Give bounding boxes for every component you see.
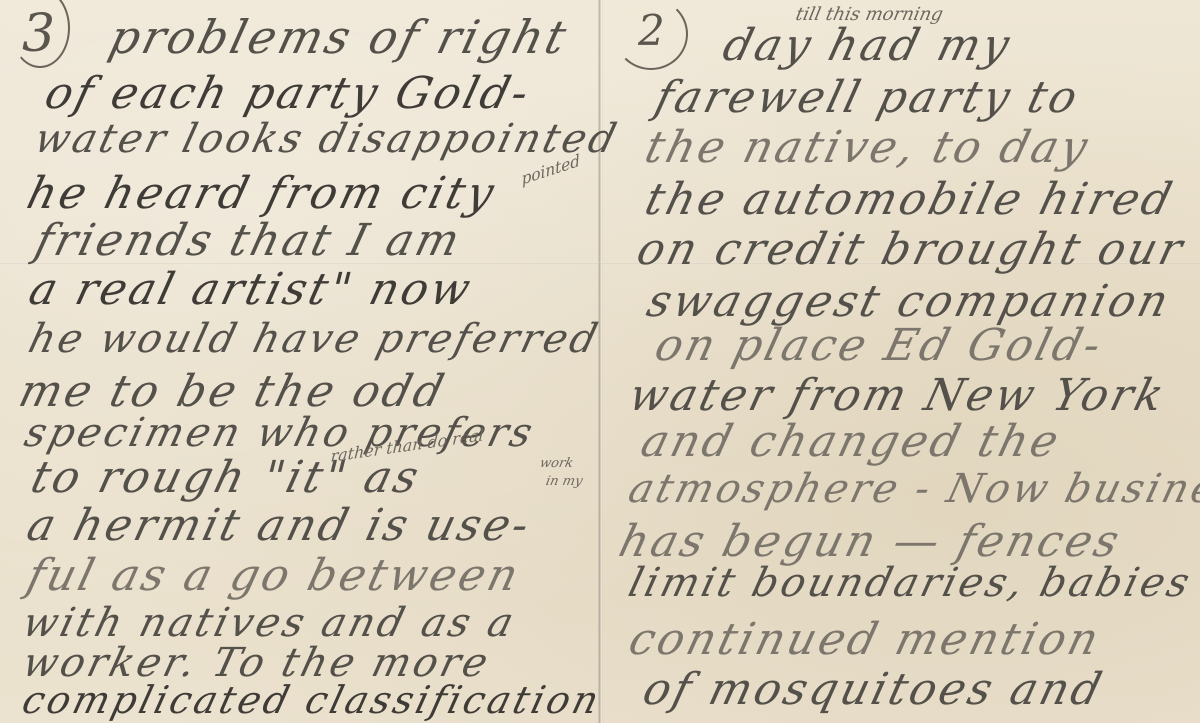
text-line: day had my bbox=[718, 20, 1017, 71]
right-page: 2 till this morning day had my farewell … bbox=[610, 0, 1200, 723]
text-line: atmosphere - Now business bbox=[624, 466, 1200, 512]
text-line: problems of right bbox=[104, 10, 574, 64]
text-line: he heard from city bbox=[22, 168, 502, 219]
text-line: water from New York bbox=[624, 370, 1171, 421]
text-line: the native, to day bbox=[640, 122, 1095, 173]
text-line: of each party Gold- bbox=[40, 68, 536, 119]
text-line: of mosquitoes and bbox=[638, 664, 1109, 715]
text-line: ful as a go between bbox=[22, 550, 526, 601]
vertical-fold bbox=[598, 0, 603, 723]
page-number-left: 3 bbox=[18, 2, 51, 62]
text-line: water looks disappointed bbox=[30, 116, 624, 162]
text-line: continued mention bbox=[624, 614, 1106, 665]
page-number-right: 2 bbox=[632, 6, 659, 55]
text-line: the automobile hired bbox=[640, 174, 1180, 225]
text-line: and changed the bbox=[636, 416, 1066, 467]
text-line: friends that I am bbox=[30, 215, 467, 266]
letter-sheet: 3 problems of right of each party Gold- … bbox=[0, 0, 1200, 723]
text-line: on place Ed Gold- bbox=[650, 320, 1109, 371]
text-line: a real artist" now bbox=[24, 264, 478, 315]
left-page: 3 problems of right of each party Gold- … bbox=[0, 0, 590, 723]
text-line: limit boundaries, babies bbox=[624, 560, 1197, 606]
text-line: complicated classification bbox=[18, 678, 606, 722]
margin-note-insertion: work bbox=[538, 456, 574, 471]
text-line: a hermit and is use- bbox=[22, 500, 537, 551]
text-line: he would have preferred bbox=[24, 316, 605, 362]
text-line: farewell party to bbox=[650, 72, 1085, 123]
text-line: on credit brought our bbox=[632, 224, 1190, 275]
margin-note-insertion: in my bbox=[544, 474, 584, 489]
